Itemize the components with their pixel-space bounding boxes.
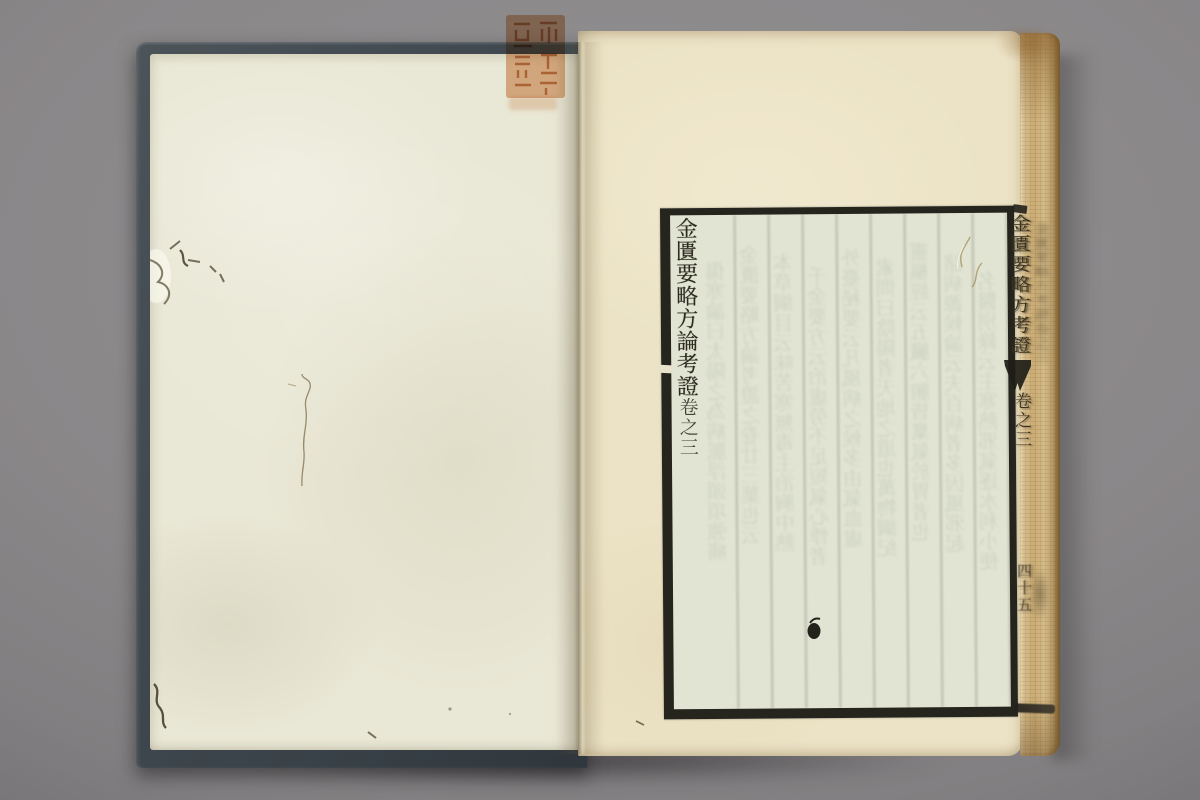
- fore-edge-title: 金匱要略方考證: [1004, 214, 1033, 375]
- photo-backdrop: 金匱要略方論考證卷之三 傷寒論曰太陽之為病脈浮頭項強痛 金匱要略方論考證之卷廿三…: [0, 0, 1200, 800]
- right-printed-page: 金匱要略方論考證卷之三 傷寒論曰太陽之為病脈浮頭項強痛 金匱要略方論考證之卷廿三…: [578, 31, 1022, 756]
- gutter-shadow: [556, 42, 604, 754]
- fore-edge-volume: 卷之三: [1009, 392, 1034, 467]
- left-blank-page: [150, 54, 578, 750]
- collector-seal-stamp: [506, 15, 565, 98]
- leaf-number: 四十五: [1013, 563, 1034, 633]
- paper-damage-marks: [150, 54, 578, 750]
- corner-stain: [985, 28, 1055, 72]
- ink-and-scratch-marks: [578, 31, 1022, 756]
- fishtail-mark-icon: [1003, 359, 1033, 395]
- seal-glyphs-icon: [506, 15, 565, 98]
- frame-bottom-border-wrap: [1015, 703, 1055, 713]
- seal-bleed: [509, 97, 557, 110]
